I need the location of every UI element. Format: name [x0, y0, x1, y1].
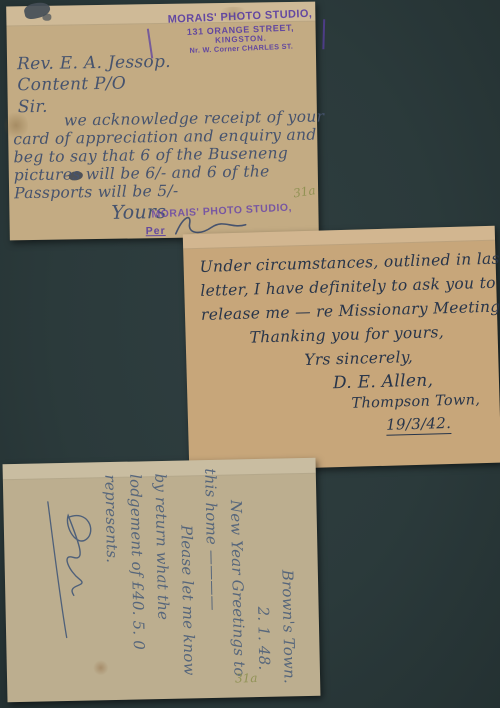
- address-line: Content P/O: [17, 74, 126, 96]
- body-line: letter, I have definitely to ask you to: [200, 274, 496, 300]
- postcard-allen-letter: Under circumstances, outlined in last le…: [183, 226, 500, 472]
- archive-number-pencil: 31a: [235, 671, 258, 685]
- signature-name: D. E. Allen,: [333, 370, 434, 393]
- postcard-photo-studio: MORAIS' PHOTO STUDIO, 131 ORANGE STREET,…: [6, 2, 319, 241]
- stamp-bracket-right: [322, 19, 325, 49]
- archive-number-pencil: 31a: [292, 183, 316, 200]
- place-line: Brown's Town.: [272, 465, 302, 690]
- studio-address-stamp: MORAIS' PHOTO STUDIO, 131 ORANGE STREET,…: [164, 8, 318, 56]
- body-line: Please let me know: [173, 525, 201, 692]
- signature-date: 19/3/42.: [386, 414, 452, 436]
- signature-place: Thompson Town,: [351, 392, 480, 412]
- body-line: Passports will be 5/-: [14, 182, 179, 203]
- body-line: New Year Greetings to: [223, 500, 252, 691]
- body-line: pictures will be 6/- and 6 of the: [14, 162, 270, 184]
- body-line: release me — re Missionary Meetings.: [201, 297, 500, 324]
- body-line: by return what the: [147, 473, 177, 692]
- body-line: Under circumstances, outlined in last: [199, 249, 500, 276]
- valediction: Yrs sincerely,: [304, 348, 413, 369]
- addressee-line: Rev. E. A. Jessop.: [17, 52, 171, 74]
- ink-smudge-small: [42, 14, 51, 21]
- rotated-handwriting-block: Brown's Town. 2. 1. 48. New Year Greetin…: [27, 465, 302, 696]
- body-line: lodgement of £40. 5. 0: [122, 474, 152, 693]
- body-line: Thanking you for yours,: [249, 323, 444, 346]
- salutation: Sir.: [18, 97, 48, 117]
- signature-flourish: [40, 487, 102, 658]
- body-line: this home ————: [197, 468, 227, 691]
- stamp-per: Per: [146, 225, 166, 237]
- postcard-new-year-greetings: Brown's Town. 2. 1. 48. New Year Greetin…: [3, 458, 321, 703]
- album-page: MORAIS' PHOTO STUDIO, 131 ORANGE STREET,…: [0, 0, 500, 708]
- body-line: represents.: [97, 474, 127, 693]
- date-line: 2. 1. 48.: [247, 465, 277, 690]
